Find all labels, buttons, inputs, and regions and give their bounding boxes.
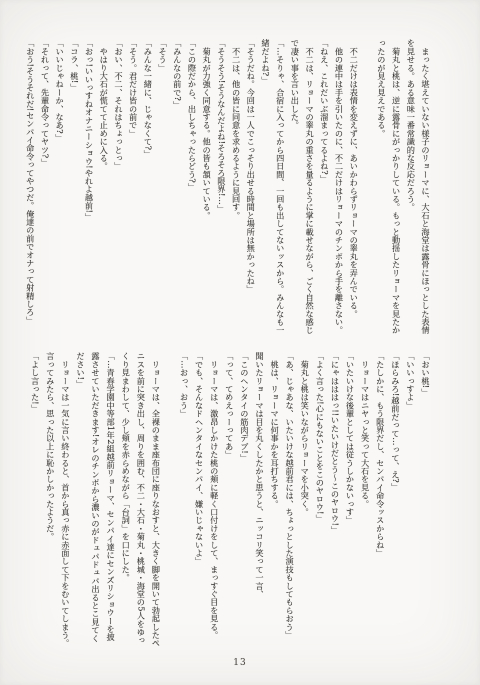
- text-column: 「おい、不二、それはちょっとっ」: [111, 39, 126, 335]
- text-column: 緒だよね?」: [258, 39, 273, 335]
- text-column: 「いいっすよ」: [403, 352, 418, 648]
- text-column: 「ほらみろ!越前だって…って、え?」: [388, 352, 403, 648]
- text-column: [361, 39, 374, 335]
- text-column: 菊丸と桃は、逆に露骨にがっかりしている。もっと動揺したリョーマを見たか: [389, 39, 404, 335]
- text-column: 「そうだね。今回は一人でこっそり出せる時間と場所は無かったね」: [244, 39, 259, 335]
- text-column: 「そうそう!そうなんだよね!そろそろ限界!…」: [214, 39, 229, 335]
- text-column: 「よし言った!」: [28, 352, 43, 648]
- text-column: 「それって、先輩命令ってヤツ?」: [38, 39, 53, 335]
- text-column: 「みんな一緒に、じゃなくて?」: [141, 39, 156, 335]
- text-column: リョーマは、激昂しかけた桃の頬に軽く口付けをして、まっすぐ目を見る。: [207, 352, 222, 648]
- text-column: 菊丸と桃は笑いながらリョーマを小突く。: [297, 352, 312, 648]
- text-column: 「よく言った!心にもないことをこのヤロウ!」: [312, 352, 327, 648]
- text-column: 「って、てめえっーってあ」: [222, 352, 237, 648]
- book-page: まったく堪えていない様子のリョーマに、大石と海堂は露骨にほっとした表情を見せる。…: [0, 0, 480, 685]
- text-column: リョーマは、全裸のまま座布団に座りなおすと、大きく脚を開いて勃起したペ: [148, 352, 163, 648]
- text-column: 「この際だから、出しちゃったらどう?」: [185, 39, 200, 335]
- text-column: 「おう!そうそれだ!センパイ命令ってやつだ。俺達の前でオナって射精しろ」: [23, 39, 38, 335]
- text-column: 不二は、リョーマの睾丸の重さを量るように掌に載せながら、ごく自然な感じ: [302, 39, 317, 335]
- text-column: やはり大石が慌てて止めに入る。: [97, 39, 112, 335]
- text-column: 露させていただきます!オレのチンポから濃いのがドュパドュパ出るとこ見てく: [88, 352, 103, 648]
- text-column: 「このヘンタイの筋肉デブ!」: [237, 352, 252, 648]
- text-column: 桃は、リョーマに何事かを耳打ちする。: [267, 352, 282, 648]
- text-column: [163, 352, 176, 648]
- page-number: 13: [0, 658, 480, 668]
- text-column: ったのが見え見えである。: [374, 39, 389, 335]
- text-column: 「でも、そんなドヘンタイなセンパイ、嫌いじゃないよ」: [192, 352, 207, 648]
- text-column: くり見まわして、少し頬を赤らめながら「台詞」を口にした。: [118, 352, 133, 648]
- text-column: ださい!」: [73, 352, 88, 648]
- text-column: 「…そりゃ、合宿に入ってから四日間、一回も出してないッスから。みんなも一: [273, 39, 288, 335]
- text-column: 「…青春学園中等部1年2組越前リョーマ、センパイ達にセンズリショウーを披: [103, 352, 118, 648]
- text-column: 「たしかに、もう限界だし、センパイ命令ッスからね」: [373, 352, 388, 648]
- text-column: 「そう」: [155, 39, 170, 335]
- text-column: 聞いたリョーマは目を丸くしたかと思うと、ニッコリ笑って一言、: [252, 352, 267, 648]
- text-column: 「いたいけな後輩としては従うしかないっす」: [342, 352, 357, 648]
- text-column: 「にゃはははっ!!いたいけだとう〜このヤロウ!」: [327, 352, 342, 648]
- text-column: 菊丸が力強く同意する。他の皆も頷いている。: [199, 39, 214, 335]
- text-column: を見せる。ある意味一番常識的な反応だろう。: [404, 39, 419, 335]
- text-column: 不二は、他の皆に同意を求めるように見回す。: [229, 39, 244, 335]
- text-column: ニスを前に突き出し、周りを囲む、不二・大石・菊丸・桃城・海堂の5人をゆっ: [133, 352, 148, 648]
- text-column: 言ってみたら、思った以上に恥かしかったようだ。: [43, 352, 58, 648]
- text-column: 「コラ、桃!」: [67, 39, 82, 335]
- text-column: 他の連中は手を引いたのに、不二だけはリョーマのチンポから手を離さない。: [332, 39, 347, 335]
- text-column: リョーマはニヤっと笑って大石を見る。: [358, 352, 373, 648]
- text-column: 「ねえ、これだいぶ溜まってるよね?」: [317, 39, 332, 335]
- text-block-top: まったく堪えていない様子のリョーマに、大石と海堂は露骨にほっとした表情を見せる。…: [23, 39, 433, 335]
- text-column: 「おっ!いいっすねオナニーショウ!やれよ越前!」: [82, 39, 97, 335]
- text-column: 「おい桃!」: [418, 352, 433, 648]
- text-column: 不二だけは表情を変えずに、あいかわらずリョーマの睾丸を弄んでいる。: [346, 39, 361, 335]
- text-column: まったく堪えていない様子のリョーマに、大石と海堂は露骨にほっとした表情: [418, 39, 433, 335]
- text-column: 「あ、じゃあな、いたいけな越前君には、ちょっとした演技もしてもらおう」: [282, 352, 297, 648]
- text-column: 「そう。君だけ皆の前で」: [126, 39, 141, 335]
- text-column: で凄い事を言い出した。: [288, 39, 303, 335]
- text-column: 「いいじゃねーか、なあ?」: [52, 39, 67, 335]
- text-column: 「みんなの前で?」: [170, 39, 185, 335]
- text-column: リョーマは一気に言い終わると、首から真っ赤に赤面して下をむいてしまう。: [58, 352, 73, 648]
- text-column: 「…おっ、おう」: [176, 352, 191, 648]
- text-block-bottom: 「おい桃!」「いいっすよ」「ほらみろ!越前だって…って、え?」「たしかに、もう限…: [28, 352, 433, 648]
